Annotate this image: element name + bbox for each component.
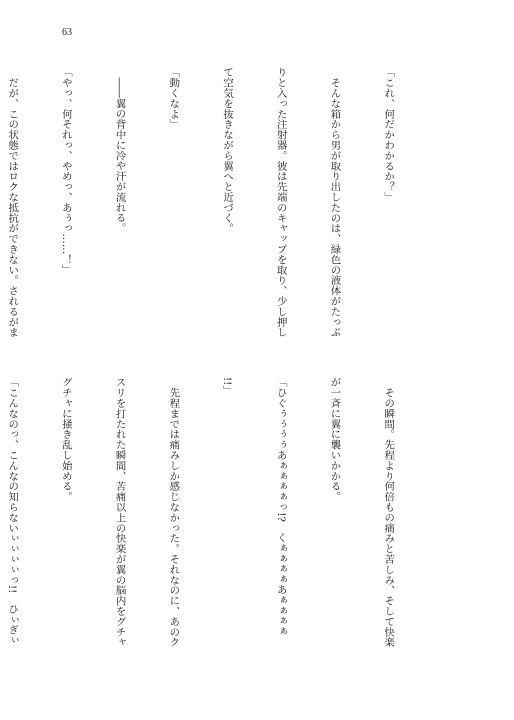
text-line: !!」 bbox=[217, 377, 235, 649]
text-line: スリを打たれた瞬間、苦痛以上の快楽が翼の脳内をグチャ bbox=[110, 377, 128, 649]
text-line: 「ひぐぅぅぅぅあぁぁぁぁっ!? くぁぁぁぁあぁぁぁぁ bbox=[271, 377, 289, 649]
text-line: その瞬間。先程より何倍もの痛みと苦しみ、そして快楽 bbox=[378, 377, 396, 649]
text-line: 先程までは痛みしか感じなかった。それなのに、あのク bbox=[163, 377, 181, 649]
page-number: 63 bbox=[62, 27, 72, 38]
text-line: が一斉に翼に襲いかかる。 bbox=[325, 377, 343, 649]
text-line: そんな箱から男が取り出したのは、緑色の液体がたっぷ bbox=[325, 67, 343, 339]
text-line: だが、この状態ではロクな抵抗ができない。されるがま bbox=[2, 67, 20, 339]
lower-text-block: その瞬間。先程より何倍もの痛みと苦しみ、そして快楽 が一斉に翼に襲いかかる。 「… bbox=[0, 377, 432, 649]
text-line: 「こんなのっ、こんなの知らないぃぃぃぃっ!! ひぃぎぃ bbox=[2, 377, 20, 649]
text-line: 「動くなよ」 bbox=[163, 67, 181, 339]
text-line: りと入った注射器。彼は先端のキャップを取り、少し押し bbox=[271, 67, 289, 339]
text-line: グチャに掻き乱し始める。 bbox=[56, 377, 74, 649]
text-line: 「やっ、何それっ、やめっ、あぅっ……！」 bbox=[56, 67, 74, 339]
text-line: ――翼の背中に冷や汗が流れる。 bbox=[110, 67, 128, 339]
text-line: て空気を抜きながら翼へと近づく。 bbox=[217, 67, 235, 339]
upper-text-block: 「これ、何だかわかるか？」 そんな箱から男が取り出したのは、緑色の液体がたっぷ … bbox=[0, 67, 432, 339]
text-line: 「これ、何だかわかるか？」 bbox=[378, 67, 396, 339]
